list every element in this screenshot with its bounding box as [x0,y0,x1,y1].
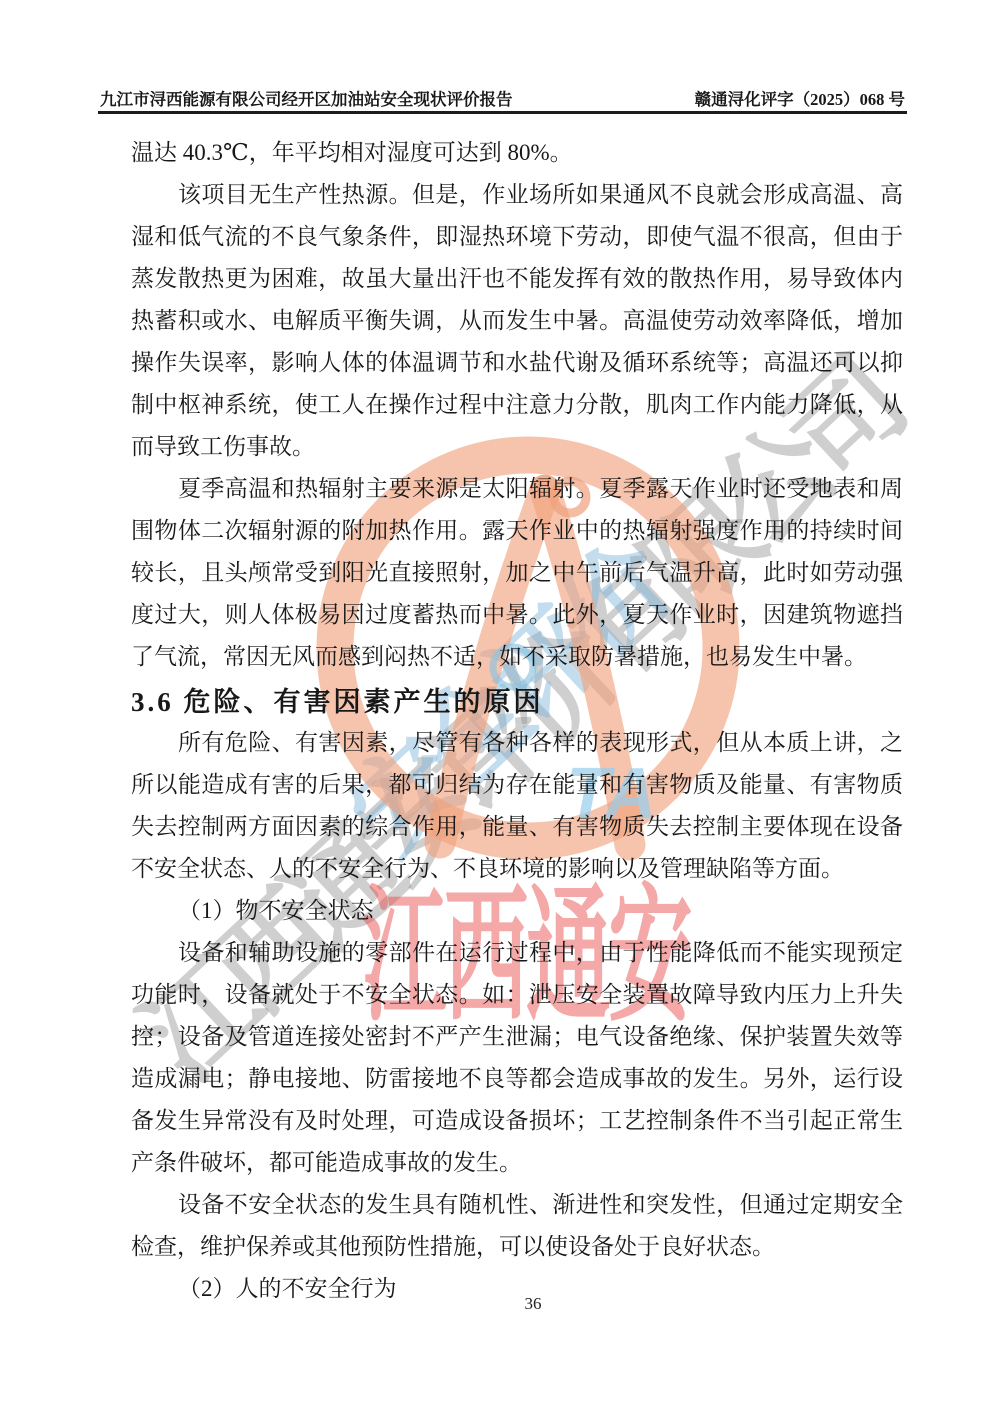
text-line: 较长，且头颅常受到阳光直接照射，加之中午前后气温升高，此时如劳动强 [131,552,903,594]
section-heading: 3.6 危险、有害因素产生的原因 [131,678,903,722]
text-line: 湿和低气流的不良气象条件，即湿热环境下劳动，即使气温不很高，但由于 [131,216,903,258]
text-line: 温达 40.3℃，年平均相对湿度可达到 80%。 [131,132,903,174]
text-line: 功能时，设备就处于不安全状态。如：泄压安全装置故障导致内压力上升失 [131,974,903,1016]
text-line: 所有危险、有害因素，尽管有各种各样的表现形式，但从本质上讲，之 [131,722,903,764]
text-line: 热蓄积或水、电解质平衡失调，从而发生中暑。高温使劳动效率降低，增加 [131,300,903,342]
text-line: 蒸发散热更为困难，故虽大量出汗也不能发挥有效的散热作用，易导致体内 [131,258,903,300]
text-line: 所以能造成有害的后果，都可归结为存在能量和有害物质及能量、有害物质 [131,764,903,806]
page-number: 36 [0,1294,1000,1318]
text-line: 夏季高温和热辐射主要来源是太阳辐射。夏季露天作业时还受地表和周 [131,468,903,510]
page-header: 九江市浔西能源有限公司经开区加油站安全现状评价报告 赣通浔化评字（2025）06… [100,86,905,108]
list-item-heading: （1）物不安全状态 [131,890,903,932]
text-line: 操作失误率，影响人体的体温调节和水盐代谢及循环系统等；高温还可以抑 [131,342,903,384]
body-text: 温达 40.3℃，年平均相对湿度可达到 80%。 该项目无生产性热源。但是，作业… [131,132,903,1310]
document-page: 江西通安评价有限公司 安全评价 TA 江西通安 九江市浔西能源有限公司经开区加油… [0,0,1000,1414]
text-line: 产条件破坏，都可能造成事故的发生。 [131,1142,903,1184]
text-line: 该项目无生产性热源。但是，作业场所如果通风不良就会形成高温、高 [131,174,903,216]
text-line: 不安全状态、人的不安全行为、不良环境的影响以及管理缺陷等方面。 [131,848,903,890]
text-line: 度过大，则人体极易因过度蓄热而中暑。此外，夏天作业时，因建筑物遮挡 [131,594,903,636]
text-line: 检查，维护保养或其他预防性措施，可以使设备处于良好状态。 [131,1226,903,1268]
text-line: 备发生异常没有及时处理，可造成设备损坏；工艺控制条件不当引起正常生 [131,1100,903,1142]
text-line: 控；设备及管道连接处密封不严产生泄漏；电气设备绝缘、保护装置失效等 [131,1016,903,1058]
text-line: 制中枢神系统，使工人在操作过程中注意力分散，肌肉工作内能力降低，从 [131,384,903,426]
text-line: 造成漏电；静电接地、防雷接地不良等都会造成事故的发生。另外，运行设 [131,1058,903,1100]
text-line: 了气流，常因无风而感到闷热不适，如不采取防暑措施，也易发生中暑。 [131,636,903,678]
text-line: 而导致工伤事故。 [131,426,903,468]
text-line: 围物体二次辐射源的附加热作用。露天作业中的热辐射强度作用的持续时间 [131,510,903,552]
header-report-title: 九江市浔西能源有限公司经开区加油站安全现状评价报告 [100,86,513,110]
text-line: 失去控制两方面因素的综合作用，能量、有害物质失去控制主要体现在设备 [131,806,903,848]
text-line: 设备不安全状态的发生具有随机性、渐进性和突发性，但通过定期安全 [131,1184,903,1226]
header-rule [98,111,907,114]
header-document-number: 赣通浔化评字（2025）068 号 [695,86,905,110]
text-line: 设备和辅助设施的零部件在运行过程中，由于性能降低而不能实现预定 [131,932,903,974]
